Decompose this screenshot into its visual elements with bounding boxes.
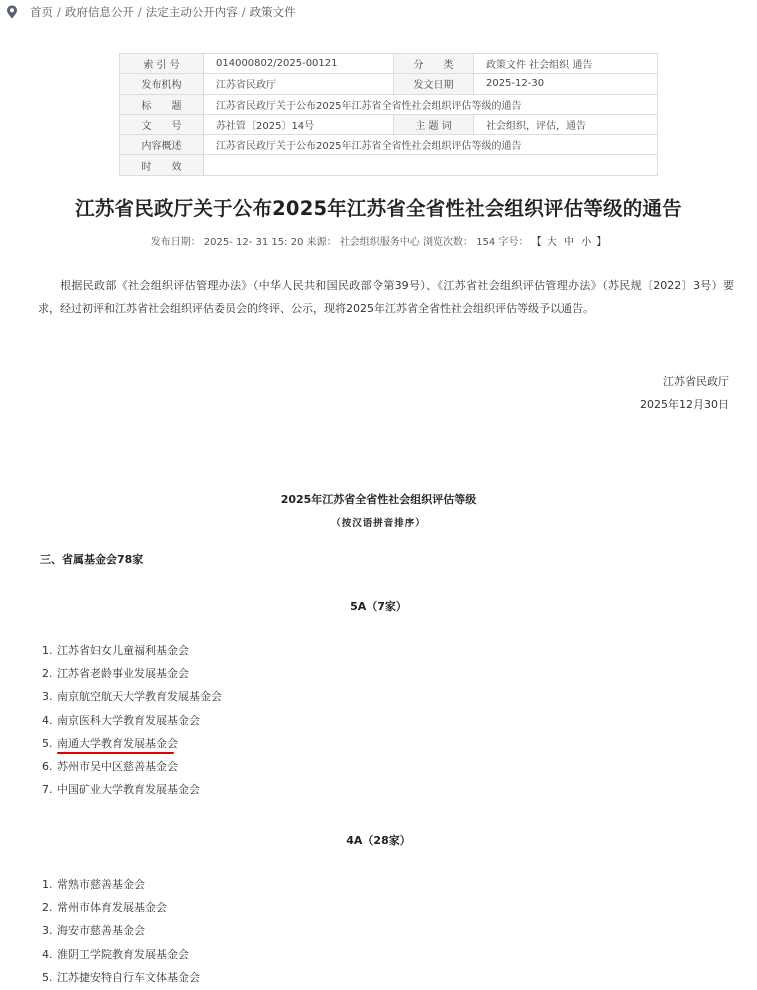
article-body-paragraph: 根据民政部《社会组织评估管理办法》（中华人民共和国民政部令第39号）、《江苏省社… xyxy=(38,275,734,320)
item-number: 7. xyxy=(42,781,57,799)
ratings-subtitle: （按汉语拼音排序） xyxy=(0,515,757,529)
signature-date: 2025年12月30日 xyxy=(640,396,729,412)
breadcrumb: 首页 / 政府信息公开 / 法定主动公开内容 / 政策文件 xyxy=(6,3,296,21)
item-name: 淮阴工学院教育发展基金会 xyxy=(57,948,189,961)
list-item: 2.常州市体育发展基金会 xyxy=(42,899,200,922)
title-label: 标 题 xyxy=(120,94,204,114)
item-name: 江苏省老龄事业发展基金会 xyxy=(57,667,189,680)
item-number: 6. xyxy=(42,758,57,776)
breadcrumb-home[interactable]: 首页 xyxy=(30,4,53,20)
list-item: 1.常熟市慈善基金会 xyxy=(42,876,200,899)
item-number: 2. xyxy=(42,665,57,683)
table-row: 索 引 号 014000802/2025-00121 分 类 政策文件 社会组织… xyxy=(120,54,658,74)
section-heading: 三、省属基金会78家 xyxy=(40,551,143,567)
document-metadata-table: 索 引 号 014000802/2025-00121 分 类 政策文件 社会组织… xyxy=(119,53,658,176)
publish-date-value: 2025- 12- 31 15: 20 xyxy=(204,237,304,248)
list-item-highlighted: 5.南通大学教育发展基金会 xyxy=(42,735,222,758)
item-number: 4. xyxy=(42,712,57,730)
ratings-title: 2025年江苏省全省性社会组织评估等级 xyxy=(0,491,757,507)
table-row: 标 题 江苏省民政厅关于公布2025年江苏省全省性社会组织评估等级的通告 xyxy=(120,94,658,114)
item-name: 南京医科大学教育发展基金会 xyxy=(57,714,200,727)
category-label: 分 类 xyxy=(394,54,474,74)
item-name: 常州市体育发展基金会 xyxy=(57,901,167,914)
summary-label: 内容概述 xyxy=(120,135,204,155)
table-row: 时 效 xyxy=(120,155,658,175)
item-name: 中国矿业大学教育发展基金会 xyxy=(57,783,200,796)
list-item: 4.南京医科大学教育发展基金会 xyxy=(42,712,222,735)
item-name: 苏州市吴中区慈善基金会 xyxy=(57,760,178,773)
breadcrumb-separator: / xyxy=(138,5,142,19)
keywords-label: 主 题 词 xyxy=(394,114,474,134)
summary-value: 江苏省民政厅关于公布2025年江苏省全省性社会组织评估等级的通告 xyxy=(204,135,658,155)
views-label: 浏览次数： xyxy=(423,237,473,248)
item-name: 南京航空航天大学教育发展基金会 xyxy=(57,690,222,703)
grade-4a-heading: 4A（28家） xyxy=(0,832,757,848)
font-size-large-button[interactable]: 大 xyxy=(547,237,557,248)
item-number: 1. xyxy=(42,876,57,894)
issue-date-label: 发文日期 xyxy=(394,74,474,94)
font-size-medium-button[interactable]: 中 xyxy=(564,237,574,248)
breadcrumb-gov-info[interactable]: 政府信息公开 xyxy=(65,4,134,20)
publish-info: 发布日期： 2025- 12- 31 15: 20 来源： 社会组织服务中心 浏… xyxy=(0,233,757,248)
item-name: 海安市慈善基金会 xyxy=(57,924,145,937)
bracket-close: 】 xyxy=(596,237,606,248)
source-label: 来源： xyxy=(307,237,337,248)
list-item: 1.江苏省妇女儿童福利基金会 xyxy=(42,642,222,665)
item-name: 江苏捷安特自行车文体基金会 xyxy=(57,971,200,984)
item-number: 5. xyxy=(42,969,57,987)
index-label: 索 引 号 xyxy=(120,54,204,74)
item-name: 南通大学教育发展基金会 xyxy=(57,737,178,750)
list-item: 2.江苏省老龄事业发展基金会 xyxy=(42,665,222,688)
index-value: 014000802/2025-00121 xyxy=(204,54,394,74)
item-number: 1. xyxy=(42,642,57,660)
source-value: 社会组织服务中心 xyxy=(340,237,420,248)
grade-5a-list: 1.江苏省妇女儿童福利基金会 2.江苏省老龄事业发展基金会 3.南京航空航天大学… xyxy=(42,642,222,804)
item-name: 江苏省妇女儿童福利基金会 xyxy=(57,644,189,657)
publisher-label: 发布机构 xyxy=(120,74,204,94)
issue-date-value: 2025-12-30 xyxy=(474,74,658,94)
list-item: 6.苏州市吴中区慈善基金会 xyxy=(42,758,222,781)
table-row: 内容概述 江苏省民政厅关于公布2025年江苏省全省性社会组织评估等级的通告 xyxy=(120,135,658,155)
breadcrumb-statutory-content[interactable]: 法定主动公开内容 xyxy=(146,4,238,20)
font-size-label: 字号： xyxy=(498,237,528,248)
breadcrumb-separator: / xyxy=(57,5,61,19)
item-number: 3. xyxy=(42,688,57,706)
publish-date-label: 发布日期： xyxy=(151,237,201,248)
signature-org: 江苏省民政厅 xyxy=(663,373,729,389)
location-pin-icon xyxy=(6,5,18,19)
list-item: 7.中国矿业大学教育发展基金会 xyxy=(42,781,222,804)
item-number: 4. xyxy=(42,946,57,964)
table-row: 文 号 苏社管〔2025〕14号 主 题 词 社会组织，评估，通告 xyxy=(120,114,658,134)
doc-number-label: 文 号 xyxy=(120,114,204,134)
item-number: 3. xyxy=(42,922,57,940)
table-row: 发布机构 江苏省民政厅 发文日期 2025-12-30 xyxy=(120,74,658,94)
title-value: 江苏省民政厅关于公布2025年江苏省全省性社会组织评估等级的通告 xyxy=(204,94,658,114)
article-title: 江苏省民政厅关于公布2025年江苏省全省性社会组织评估等级的通告 xyxy=(0,193,757,221)
item-name: 常熟市慈善基金会 xyxy=(57,878,145,891)
item-number: 2. xyxy=(42,899,57,917)
breadcrumb-policy-docs[interactable]: 政策文件 xyxy=(250,4,296,20)
list-item: 3.海安市慈善基金会 xyxy=(42,922,200,945)
doc-number-value: 苏社管〔2025〕14号 xyxy=(204,114,394,134)
category-value: 政策文件 社会组织 通告 xyxy=(474,54,658,74)
red-underline-annotation xyxy=(57,752,174,754)
list-item: 4.淮阴工学院教育发展基金会 xyxy=(42,946,200,969)
grade-5a-heading: 5A（7家） xyxy=(0,598,757,614)
validity-label: 时 效 xyxy=(120,155,204,175)
list-item: 5.江苏捷安特自行车文体基金会 xyxy=(42,969,200,990)
grade-4a-list: 1.常熟市慈善基金会 2.常州市体育发展基金会 3.海安市慈善基金会 4.淮阴工… xyxy=(42,876,200,990)
list-item: 3.南京航空航天大学教育发展基金会 xyxy=(42,688,222,711)
bracket-open: 【 xyxy=(532,237,542,248)
publisher-value: 江苏省民政厅 xyxy=(204,74,394,94)
views-value: 154 xyxy=(476,237,495,248)
breadcrumb-separator: / xyxy=(242,5,246,19)
keywords-value: 社会组织，评估，通告 xyxy=(474,114,658,134)
validity-value xyxy=(204,155,658,175)
font-size-small-button[interactable]: 小 xyxy=(581,237,591,248)
item-number: 5. xyxy=(42,735,57,753)
